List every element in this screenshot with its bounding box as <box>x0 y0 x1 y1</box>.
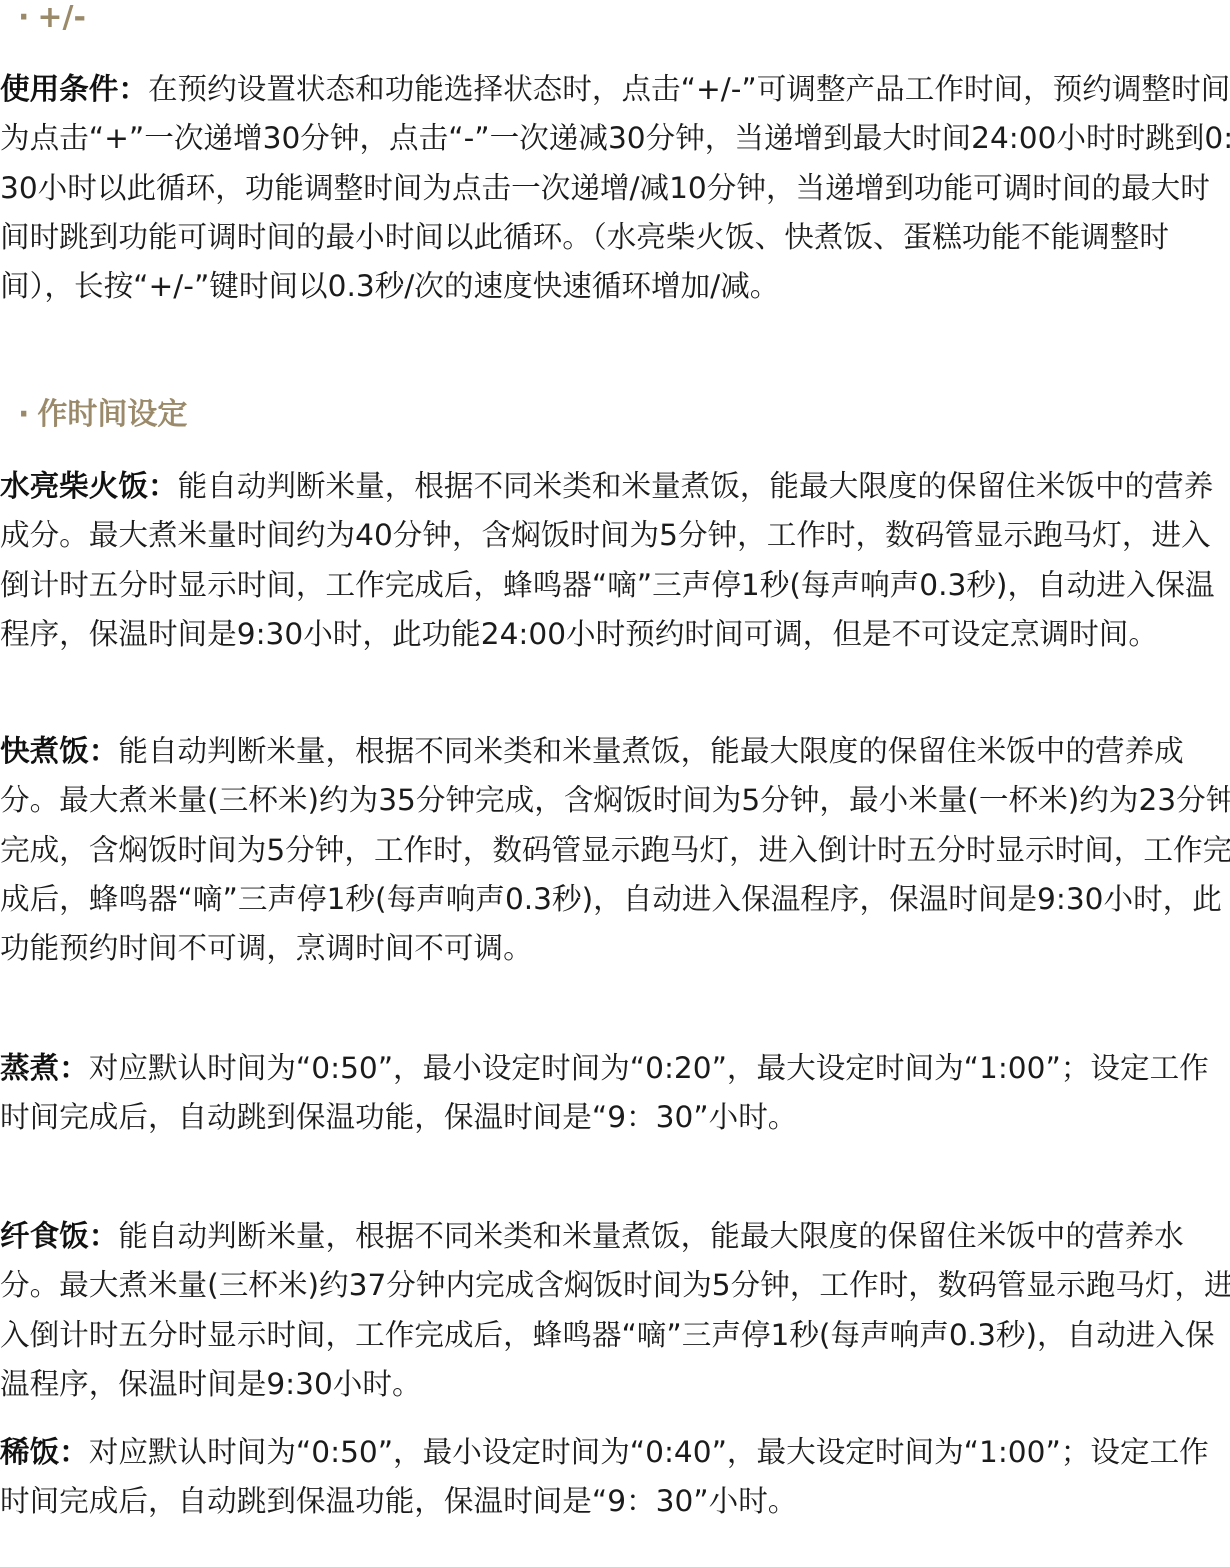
section-heading-time-setting: ·作时间设定 <box>18 395 187 435</box>
section-title: +/- <box>37 0 86 35</box>
paragraph-text: 能自动判断米量，根据不同米类和米量煮饭，能最大限度的保留住米饭中的营养水分。最大… <box>0 1219 1230 1401</box>
bullet-dot-icon: · <box>18 0 29 38</box>
paragraph-quick-cook: 快煮饭：能自动判断米量，根据不同米类和米量煮饭，能最大限度的保留住米饭中的营养成… <box>0 727 1230 973</box>
section-heading-plus-minus: ·+/- <box>18 0 86 38</box>
paragraph-steam: 蒸煮：对应默认时间为“0:50”，最小设定时间为“0:20”，最大设定时间为“1… <box>0 1044 1230 1143</box>
paragraph-label: 稀饭： <box>0 1435 89 1469</box>
paragraph-label: 纤食饭： <box>0 1219 118 1253</box>
paragraph-porridge: 稀饭：对应默认时间为“0:50”，最小设定时间为“0:40”，最大设定时间为“1… <box>0 1428 1230 1527</box>
paragraph-label: 使用条件： <box>0 72 148 106</box>
paragraph-text: 对应默认时间为“0:50”，最小设定时间为“0:20”，最大设定时间为“1:00… <box>0 1051 1209 1134</box>
paragraph-label: 快煮饭： <box>0 734 118 768</box>
paragraph-label: 水亮柴火饭： <box>0 469 178 503</box>
paragraph-text: 在预约设置状态和功能选择状态时，点击“+/-”可调整产品工作时间，预约调整时间为… <box>0 72 1230 303</box>
paragraph-fiber-rice: 纤食饭：能自动判断米量，根据不同米类和米量煮饭，能最大限度的保留住米饭中的营养水… <box>0 1212 1230 1409</box>
paragraph-label: 蒸煮： <box>0 1051 89 1085</box>
section-title: 作时间设定 <box>37 397 187 432</box>
paragraph-text: 能自动判断米量，根据不同米类和米量煮饭，能最大限度的保留住米饭中的营养成分。最大… <box>0 734 1230 965</box>
paragraph-usage-conditions: 使用条件：在预约设置状态和功能选择状态时，点击“+/-”可调整产品工作时间，预约… <box>0 65 1230 311</box>
bullet-dot-icon: · <box>18 395 29 435</box>
paragraph-text: 能自动判断米量，根据不同米类和米量煮饭，能最大限度的保留住米饭中的营养成分。最大… <box>0 469 1215 651</box>
paragraph-firewood-rice: 水亮柴火饭：能自动判断米量，根据不同米类和米量煮饭，能最大限度的保留住米饭中的营… <box>0 462 1230 659</box>
paragraph-text: 对应默认时间为“0:50”，最小设定时间为“0:40”，最大设定时间为“1:00… <box>0 1435 1209 1518</box>
